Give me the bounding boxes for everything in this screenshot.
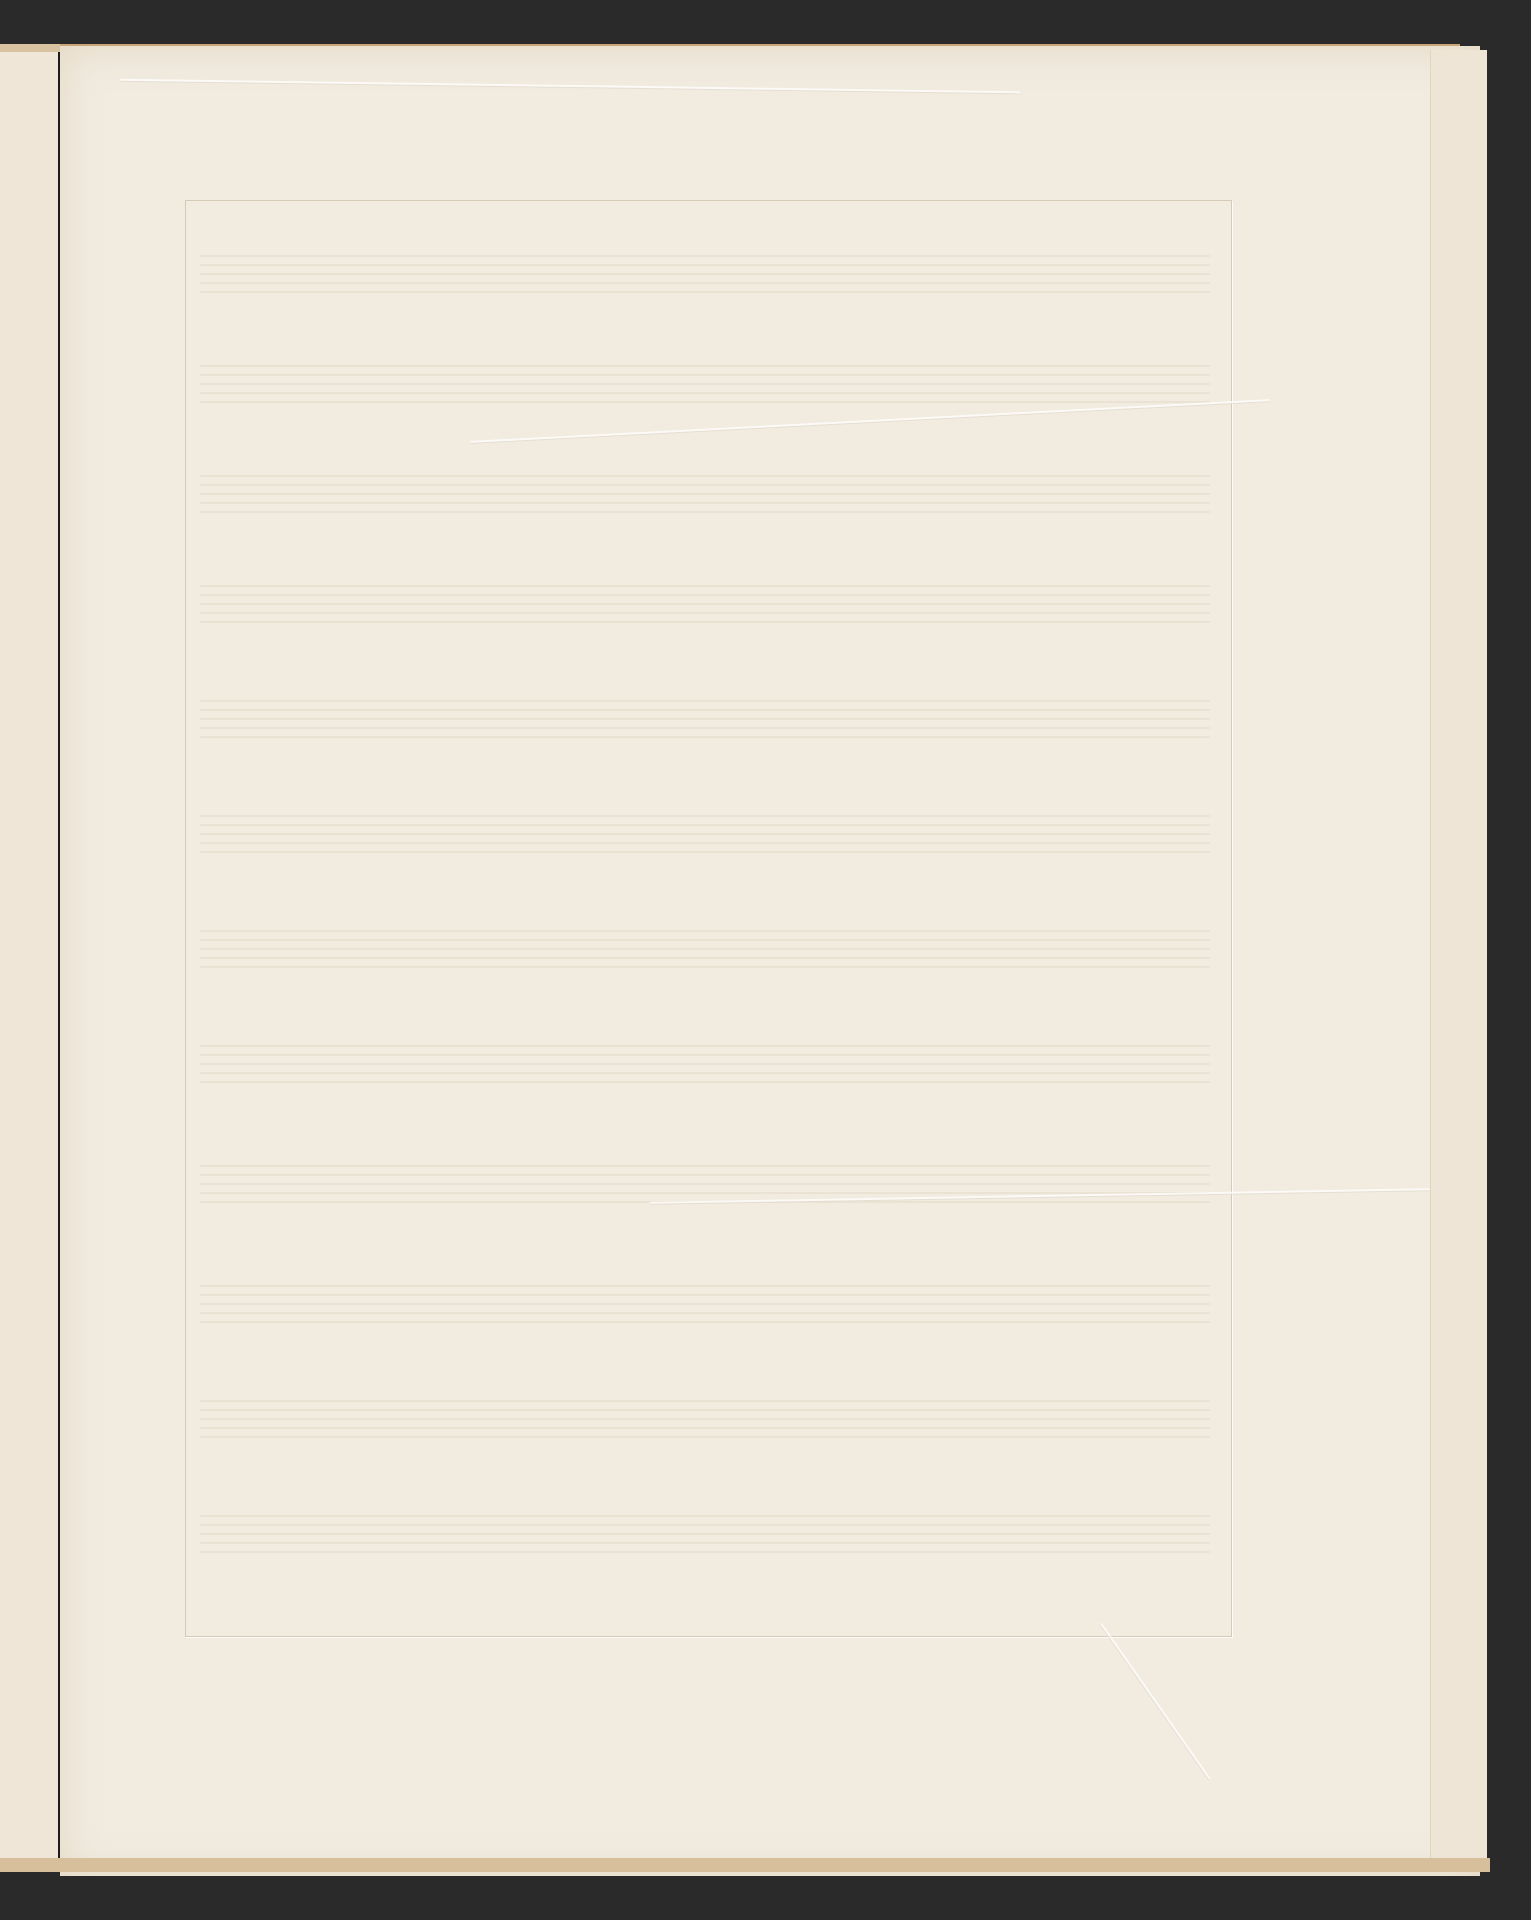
bleed-through-header — [560, 215, 1180, 229]
bleed-through-staff — [200, 1285, 1210, 1325]
bleed-through-staff — [200, 1515, 1210, 1555]
bleed-through-staff — [200, 930, 1210, 970]
bleed-through-staff — [200, 700, 1210, 740]
bleed-through-staff — [200, 255, 1210, 295]
bleed-through-staff — [200, 1165, 1210, 1205]
page-right-edge — [1430, 50, 1487, 1870]
bleed-through-staff — [200, 475, 1210, 515]
bleed-through-staff — [200, 1045, 1210, 1085]
bleed-through-staff — [200, 585, 1210, 625]
left-page-strip — [0, 52, 60, 1872]
page-bottom-edge — [0, 1858, 1490, 1872]
bleed-through-staff — [200, 1400, 1210, 1440]
bleed-through-staff — [200, 365, 1210, 405]
bleed-through-staff — [200, 815, 1210, 855]
